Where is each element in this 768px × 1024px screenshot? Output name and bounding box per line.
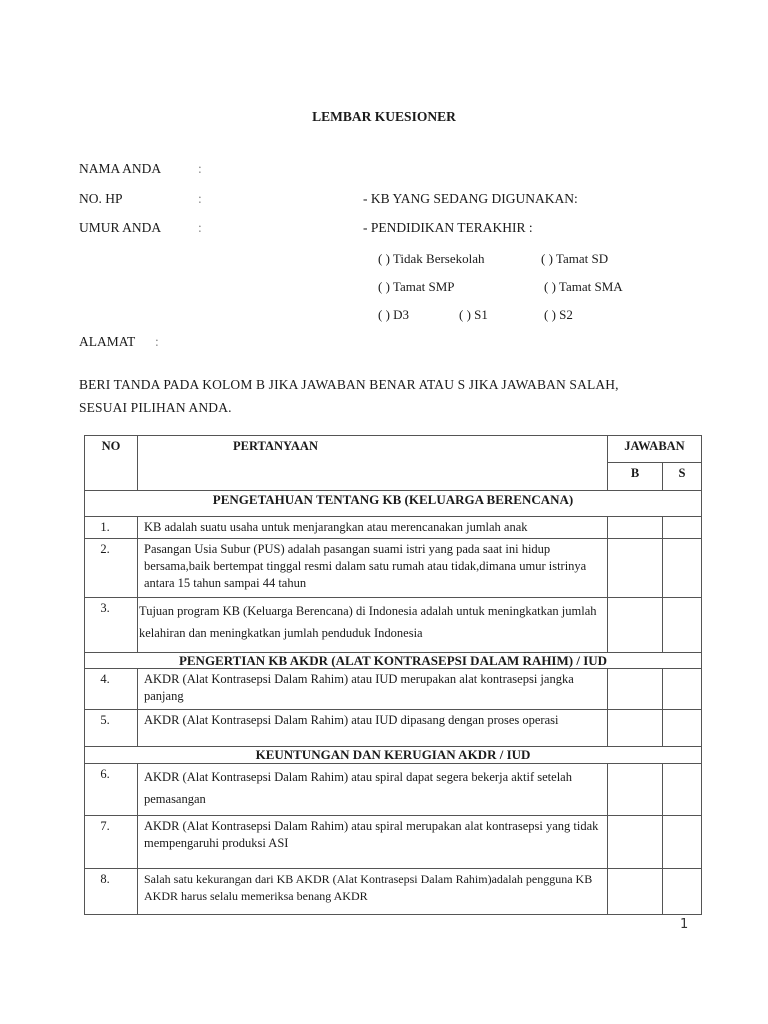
section-title-pengertian: PENGERTIAN KB AKDR (ALAT KONTRASEPSI DAL… <box>85 653 702 669</box>
answer-b-cell[interactable] <box>608 669 663 710</box>
phone-field[interactable] <box>210 188 350 208</box>
name-field[interactable] <box>210 158 350 178</box>
answer-b-cell[interactable] <box>608 816 663 869</box>
answer-b-cell[interactable] <box>608 869 663 915</box>
page-number: 1 <box>680 917 688 932</box>
question-number: 7. <box>85 816 138 869</box>
kb-used-label: - KB YANG SEDANG DIGUNAKAN: <box>363 191 578 207</box>
answer-s-cell[interactable] <box>663 764 702 816</box>
phone-colon: : <box>198 191 202 207</box>
section-title-pengetahuan: PENGETAHUAN TENTANG KB (KELUARGA BERENCA… <box>85 491 702 517</box>
question-text: Pasangan Usia Subur (PUS) adalah pasanga… <box>138 539 608 598</box>
question-text: Salah satu kekurangan dari KB AKDR (Alat… <box>138 869 608 915</box>
question-number: 8. <box>85 869 138 915</box>
age-label: UMUR ANDA <box>79 220 161 236</box>
question-text: KB adalah suatu usaha untuk menjarangkan… <box>138 517 608 539</box>
header-b: B <box>608 463 663 491</box>
question-number: 3. <box>85 598 138 653</box>
answer-b-cell[interactable] <box>608 517 663 539</box>
question-number: 5. <box>85 710 138 747</box>
header-answer: JAWABAN <box>608 436 702 463</box>
option-tidak-bersekolah[interactable]: ( ) Tidak Bersekolah <box>378 251 485 267</box>
section-title-keuntungan: KEUNTUNGAN DAN KERUGIAN AKDR / IUD <box>85 747 702 764</box>
answer-s-cell[interactable] <box>663 869 702 915</box>
answer-s-cell[interactable] <box>663 517 702 539</box>
header-no: NO <box>85 436 138 491</box>
option-d3[interactable]: ( ) D3 <box>378 307 409 323</box>
table-row: 8. Salah satu kekurangan dari KB AKDR (A… <box>85 869 702 915</box>
header-question: PERTANYAAN <box>138 436 608 491</box>
table-row: 4. AKDR (Alat Kontrasepsi Dalam Rahim) a… <box>85 669 702 710</box>
instruction-line-1: BERI TANDA PADA KOLOM B JIKA JAWABAN BEN… <box>79 377 619 393</box>
address-colon: : <box>155 334 159 350</box>
table-row: 2. Pasangan Usia Subur (PUS) adalah pasa… <box>85 539 702 598</box>
question-number: 1. <box>85 517 138 539</box>
answer-s-cell[interactable] <box>663 598 702 653</box>
address-label: ALAMAT <box>79 334 135 350</box>
question-number: 6. <box>85 764 138 816</box>
question-text: Tujuan program KB (Keluarga Berencana) d… <box>138 598 608 653</box>
answer-s-cell[interactable] <box>663 816 702 869</box>
document-title: LEMBAR KUESIONER <box>0 109 768 125</box>
table-row: 1. KB adalah suatu usaha untuk menjarang… <box>85 517 702 539</box>
answer-b-cell[interactable] <box>608 710 663 747</box>
answer-b-cell[interactable] <box>608 764 663 816</box>
phone-label: NO. HP <box>79 191 123 207</box>
age-field[interactable] <box>210 217 350 237</box>
table-row: 5. AKDR (Alat Kontrasepsi Dalam Rahim) a… <box>85 710 702 747</box>
age-colon: : <box>198 220 202 236</box>
answer-b-cell[interactable] <box>608 539 663 598</box>
option-s2[interactable]: ( ) S2 <box>544 307 573 323</box>
option-s1[interactable]: ( ) S1 <box>459 307 488 323</box>
answer-s-cell[interactable] <box>663 669 702 710</box>
answer-b-cell[interactable] <box>608 598 663 653</box>
name-label: NAMA ANDA <box>79 161 161 177</box>
question-text: AKDR (Alat Kontrasepsi Dalam Rahim) atau… <box>138 816 608 869</box>
question-text: AKDR (Alat Kontrasepsi Dalam Rahim) atau… <box>138 710 608 747</box>
table-row: 6. AKDR (Alat Kontrasepsi Dalam Rahim) a… <box>85 764 702 816</box>
question-text: AKDR (Alat Kontrasepsi Dalam Rahim) atau… <box>138 669 608 710</box>
answer-s-cell[interactable] <box>663 539 702 598</box>
education-label: - PENDIDIKAN TERAKHIR : <box>363 220 533 236</box>
address-field[interactable] <box>165 331 365 351</box>
option-tamat-smp[interactable]: ( ) Tamat SMP <box>378 279 455 295</box>
question-number: 4. <box>85 669 138 710</box>
option-tamat-sd[interactable]: ( ) Tamat SD <box>541 251 608 267</box>
table-row: 3. Tujuan program KB (Keluarga Berencana… <box>85 598 702 653</box>
header-s: S <box>663 463 702 491</box>
instruction-line-2: SESUAI PILIHAN ANDA. <box>79 400 232 416</box>
option-tamat-sma[interactable]: ( ) Tamat SMA <box>544 279 623 295</box>
table-row: 7. AKDR (Alat Kontrasepsi Dalam Rahim) a… <box>85 816 702 869</box>
answer-s-cell[interactable] <box>663 710 702 747</box>
name-colon: : <box>198 161 202 177</box>
questionnaire-table: NO PERTANYAAN JAWABAN B S PENGETAHUAN TE… <box>84 435 702 915</box>
question-text: AKDR (Alat Kontrasepsi Dalam Rahim) atau… <box>138 764 608 816</box>
question-number: 2. <box>85 539 138 598</box>
